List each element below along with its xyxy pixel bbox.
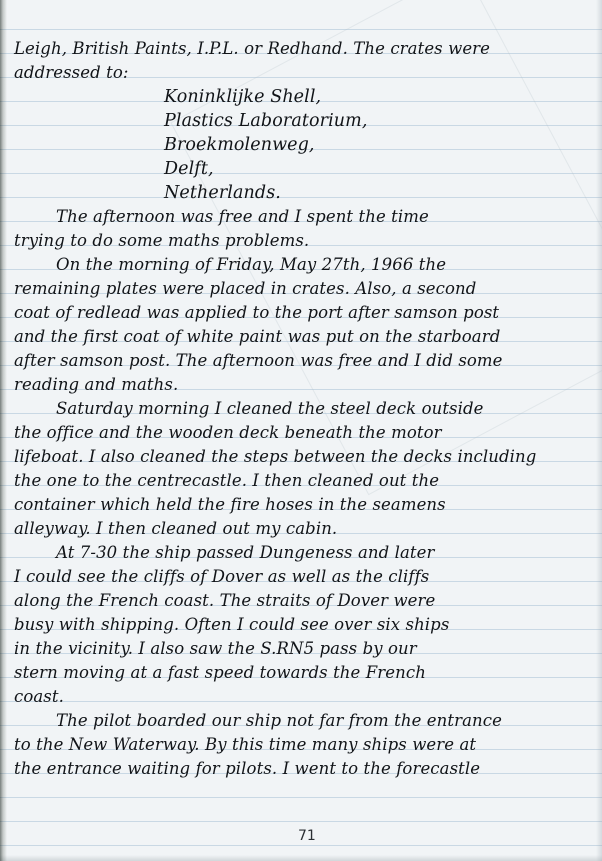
text-line: busy with shipping. Often I could see ov… <box>14 613 594 637</box>
text-line: container which held the fire hoses in t… <box>14 493 594 517</box>
text-line: to the New Waterway. By this time many s… <box>14 733 594 757</box>
text-line: coat of redlead was applied to the port … <box>14 301 594 325</box>
address-line: Netherlands. <box>14 181 594 205</box>
text-line: Leigh, British Paints, I.P.L. or Redhand… <box>14 37 594 61</box>
address-line: Koninklijke Shell, <box>14 85 594 109</box>
paragraph-start-line: On the morning of Friday, May 27th, 1966… <box>14 253 594 277</box>
paragraph-start-line: At 7-30 the ship passed Dungeness and la… <box>14 541 594 565</box>
text-line: alleyway. I then cleaned out my cabin. <box>14 517 594 541</box>
paragraph-start-line: The pilot boarded our ship not far from … <box>14 709 594 733</box>
page-number: 71 <box>298 828 316 844</box>
address-line: Plastics Laboratorium, <box>14 109 594 133</box>
address-line: Broekmolenweg, <box>14 133 594 157</box>
text-line: I could see the cliffs of Dover as well … <box>14 565 594 589</box>
paragraph-start-line: The afternoon was free and I spent the t… <box>14 205 594 229</box>
paragraph-start-line: Saturday morning I cleaned the steel dec… <box>14 397 594 421</box>
text-line: remaining plates were placed in crates. … <box>14 277 594 301</box>
text-line: lifeboat. I also cleaned the steps betwe… <box>14 445 594 469</box>
text-line: the entrance waiting for pilots. I went … <box>14 757 594 781</box>
text-line: stern moving at a fast speed towards the… <box>14 661 594 685</box>
notebook-page: Leigh, British Paints, I.P.L. or Redhand… <box>0 0 602 861</box>
text-line: along the French coast. The straits of D… <box>14 589 594 613</box>
text-line: and the first coat of white paint was pu… <box>14 325 594 349</box>
text-line: reading and maths. <box>14 373 594 397</box>
text-line: after samson post. The afternoon was fre… <box>14 349 594 373</box>
text-line: the one to the centrecastle. I then clea… <box>14 469 594 493</box>
handwritten-text: Leigh, British Paints, I.P.L. or Redhand… <box>14 37 594 781</box>
address-line: Delft, <box>14 157 594 181</box>
text-line: in the vicinity. I also saw the S.RN5 pa… <box>14 637 594 661</box>
text-line: trying to do some maths problems. <box>14 229 594 253</box>
text-line: addressed to: <box>14 61 594 85</box>
text-line: the office and the wooden deck beneath t… <box>14 421 594 445</box>
text-line: coast. <box>14 685 594 709</box>
